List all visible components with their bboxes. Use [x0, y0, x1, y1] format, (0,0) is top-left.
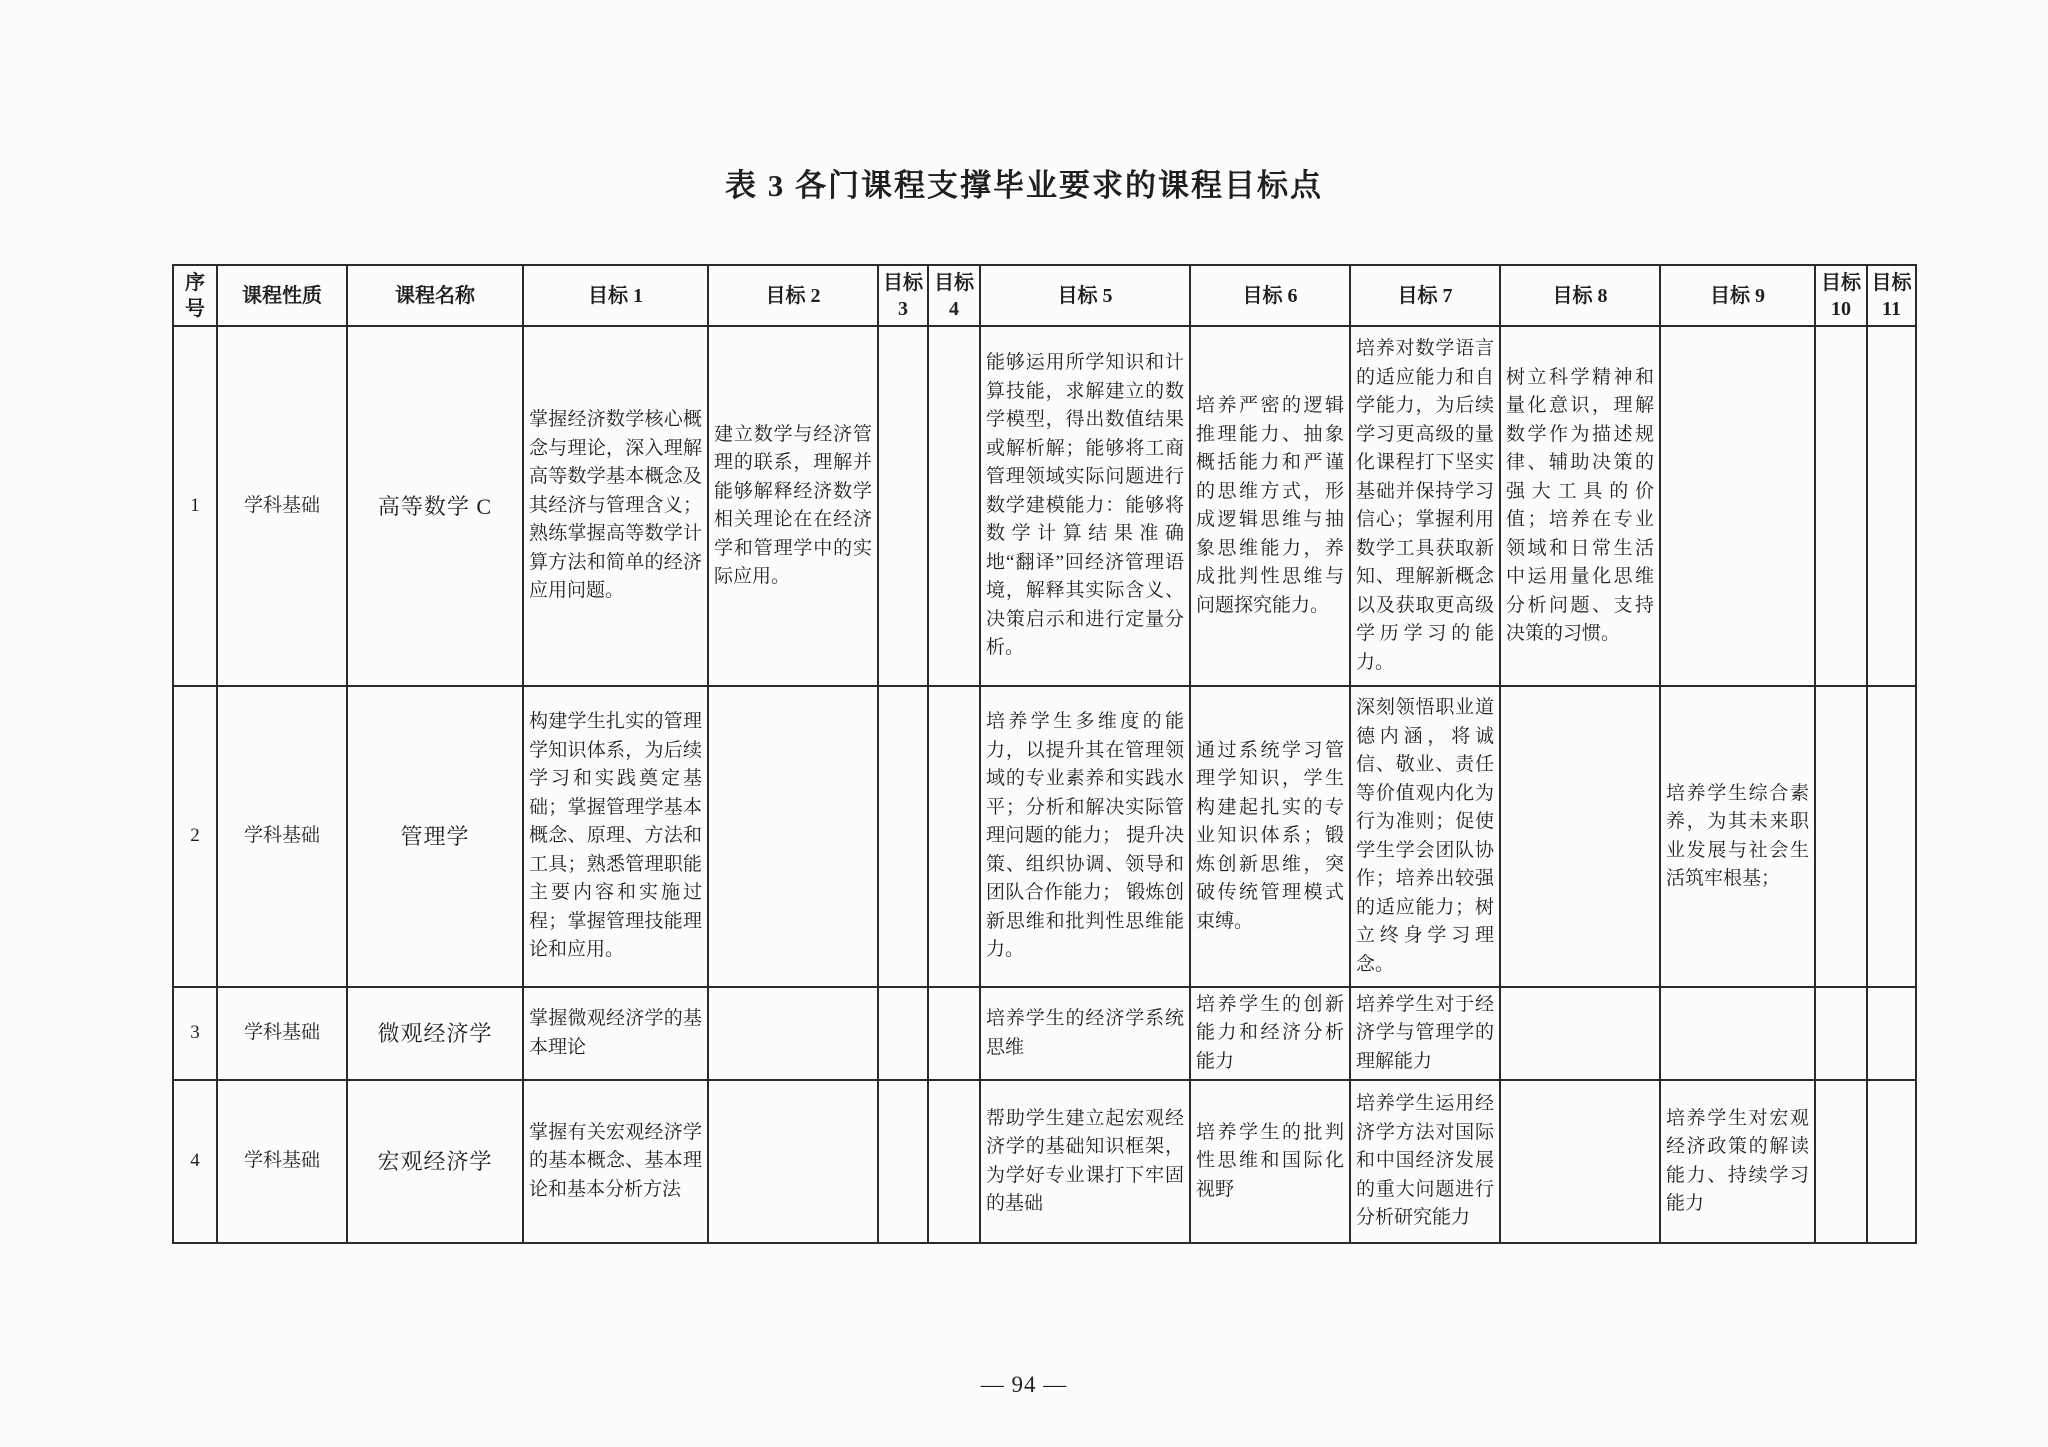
course-goals-table: 序号 课程性质 课程名称 目标 1 目标 2 目标 3 目标 4 目标 5 目标…: [172, 264, 1917, 1244]
col-header-seq: 序号: [173, 265, 217, 326]
cell-goal2: [708, 1080, 878, 1243]
cell-goal7: 培养学生对于经济学与管理学的理解能力: [1350, 987, 1500, 1080]
table-row: 4 学科基础 宏观经济学 掌握有关宏观经济学的基本概念、基本理论和基本分析方法 …: [173, 1080, 1916, 1243]
cell-course-nature: 学科基础: [217, 686, 347, 987]
page-number: — 94 —: [0, 1372, 2048, 1398]
cell-course-nature: 学科基础: [217, 987, 347, 1080]
col-header-goal10: 目标 10: [1815, 265, 1867, 326]
table-row: 2 学科基础 管理学 构建学生扎实的管理学知识体系，为后续学习和实践奠定基础；掌…: [173, 686, 1916, 987]
cell-course-nature: 学科基础: [217, 1080, 347, 1243]
cell-goal3: [878, 686, 928, 987]
cell-seq: 1: [173, 326, 217, 686]
col-header-goal7: 目标 7: [1350, 265, 1500, 326]
cell-goal6: 培养严密的逻辑推理能力、抽象概括能力和严谨的思维方式，形成逻辑思维与抽象思维能力…: [1190, 326, 1350, 686]
cell-goal9: [1660, 987, 1815, 1080]
cell-goal5: 能够运用所学知识和计算技能，求解建立的数学模型，得出数值结果或解析解；能够将工商…: [980, 326, 1190, 686]
cell-seq: 4: [173, 1080, 217, 1243]
cell-goal9: 培养学生对宏观经济政策的解读能力、持续学习能力: [1660, 1080, 1815, 1243]
cell-seq: 3: [173, 987, 217, 1080]
cell-goal7: 深刻领悟职业道德内涵，将诚信、敬业、责任等价值观内化为行为准则；促使学生学会团队…: [1350, 686, 1500, 987]
table-row: 3 学科基础 微观经济学 掌握微观经济学的基本理论 培养学生的经济学系统思维 培…: [173, 987, 1916, 1080]
cell-goal4: [928, 686, 980, 987]
col-header-goal9: 目标 9: [1660, 265, 1815, 326]
cell-goal8: 树立科学精神和量化意识，理解数学作为描述规律、辅助决策的强大工具的价值；培养在专…: [1500, 326, 1660, 686]
table-header-row: 序号 课程性质 课程名称 目标 1 目标 2 目标 3 目标 4 目标 5 目标…: [173, 265, 1916, 326]
col-header-nature: 课程性质: [217, 265, 347, 326]
cell-goal5: 培养学生的经济学系统思维: [980, 987, 1190, 1080]
cell-course-nature: 学科基础: [217, 326, 347, 686]
cell-goal11: [1867, 686, 1916, 987]
cell-goal1: 掌握有关宏观经济学的基本概念、基本理论和基本分析方法: [523, 1080, 708, 1243]
cell-goal7: 培养对数学语言的适应能力和自学能力，为后续学习更高级的量化课程打下坚实基础并保持…: [1350, 326, 1500, 686]
cell-goal3: [878, 1080, 928, 1243]
cell-goal3: [878, 326, 928, 686]
col-header-goal2: 目标 2: [708, 265, 878, 326]
cell-goal1: 掌握微观经济学的基本理论: [523, 987, 708, 1080]
cell-goal11: [1867, 1080, 1916, 1243]
cell-goal1: 掌握经济数学核心概念与理论，深入理解高等数学基本概念及其经济与管理含义；熟练掌握…: [523, 326, 708, 686]
cell-goal10: [1815, 326, 1867, 686]
col-header-goal3: 目标 3: [878, 265, 928, 326]
cell-goal9: 培养学生综合素养，为其未来职业发展与社会生活筑牢根基；: [1660, 686, 1815, 987]
table-row: 1 学科基础 高等数学 C 掌握经济数学核心概念与理论，深入理解高等数学基本概念…: [173, 326, 1916, 686]
cell-goal2: [708, 686, 878, 987]
cell-goal5: 帮助学生建立起宏观经济学的基础知识框架，为学好专业课打下牢固的基础: [980, 1080, 1190, 1243]
cell-goal9: [1660, 326, 1815, 686]
col-header-goal11: 目标 11: [1867, 265, 1916, 326]
cell-goal6: 通过系统学习管理学知识，学生构建起扎实的专业知识体系；锻炼创新思维，突破传统管理…: [1190, 686, 1350, 987]
col-header-goal5: 目标 5: [980, 265, 1190, 326]
cell-course-name: 管理学: [347, 686, 523, 987]
cell-course-name: 高等数学 C: [347, 326, 523, 686]
cell-goal7: 培养学生运用经济学方法对国际和中国经济发展的重大问题进行分析研究能力: [1350, 1080, 1500, 1243]
cell-goal4: [928, 987, 980, 1080]
cell-goal10: [1815, 987, 1867, 1080]
cell-goal2: [708, 987, 878, 1080]
cell-goal2: 建立数学与经济管理的联系，理解并能够解释经济数学相关理论在在经济学和管理学中的实…: [708, 326, 878, 686]
page-title: 表 3 各门课程支撑毕业要求的课程目标点: [0, 160, 2048, 205]
cell-goal6: 培养学生的批判性思维和国际化视野: [1190, 1080, 1350, 1243]
cell-goal8: [1500, 686, 1660, 987]
cell-goal3: [878, 987, 928, 1080]
cell-goal4: [928, 326, 980, 686]
col-header-goal4: 目标 4: [928, 265, 980, 326]
col-header-goal6: 目标 6: [1190, 265, 1350, 326]
col-header-course-name: 课程名称: [347, 265, 523, 326]
cell-goal10: [1815, 686, 1867, 987]
cell-goal11: [1867, 987, 1916, 1080]
col-header-goal8: 目标 8: [1500, 265, 1660, 326]
cell-course-name: 宏观经济学: [347, 1080, 523, 1243]
cell-seq: 2: [173, 686, 217, 987]
cell-goal1: 构建学生扎实的管理学知识体系，为后续学习和实践奠定基础；掌握管理学基本概念、原理…: [523, 686, 708, 987]
cell-goal4: [928, 1080, 980, 1243]
cell-goal11: [1867, 326, 1916, 686]
cell-goal8: [1500, 987, 1660, 1080]
col-header-goal1: 目标 1: [523, 265, 708, 326]
cell-course-name: 微观经济学: [347, 987, 523, 1080]
cell-goal10: [1815, 1080, 1867, 1243]
cell-goal8: [1500, 1080, 1660, 1243]
cell-goal5: 培养学生多维度的能力，以提升其在管理领域的专业素养和实践水平；分析和解决实际管理…: [980, 686, 1190, 987]
cell-goal6: 培养学生的创新能力和经济分析能力: [1190, 987, 1350, 1080]
